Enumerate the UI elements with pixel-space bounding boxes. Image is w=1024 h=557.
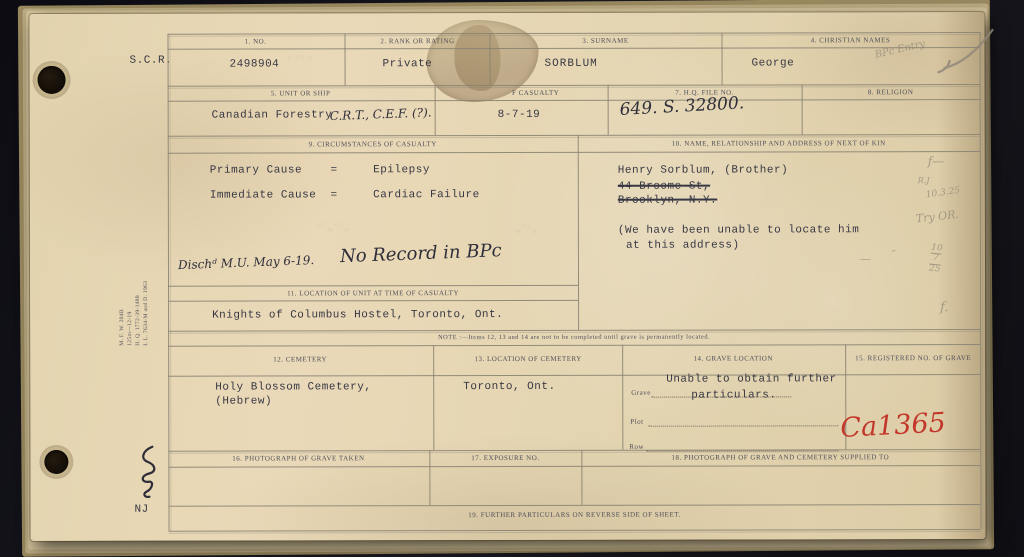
dotted-line (648, 424, 838, 426)
ink-squiggle (136, 444, 162, 502)
section-label-circumstances: 9. CIRCUMSTANCES OF CASUALTY (309, 140, 437, 148)
field-label-surname: 3. SURNAME (582, 37, 628, 45)
clerk-initials: NJ (134, 504, 148, 516)
field-label-registered-grave-no: 15. REGISTERED NO. OF GRAVE (855, 354, 971, 362)
field-label-photo-supplied: 18. PHOTOGRAPH OF GRAVE AND CEMETERY SUP… (672, 453, 890, 461)
note-line: NOTE :—Items 12, 13 and 14 are not to be… (438, 334, 710, 342)
field-label-cemetery-location: 13. LOCATION OF CEMETERY (475, 355, 582, 363)
service-number: 2498904 (230, 58, 280, 70)
nok-street-struck: 44 Broome St, (618, 181, 710, 193)
unit-handwritten-note: C.R.T., C.E.F. (?). (329, 105, 431, 123)
dotted-line (646, 449, 838, 451)
field-label-cemetery: 12. CEMETERY (273, 355, 327, 363)
christian-names-value: George (752, 57, 795, 69)
field-label-unit: 5. UNIT OR SHIP (271, 89, 331, 97)
punch-hole (38, 66, 66, 94)
field-label-photo-taken: 16. PHOTOGRAPH OF GRAVE TAKEN (232, 454, 364, 462)
rank-value: Private (383, 58, 433, 70)
discharge-handwritten-note: Dischᵈ M.U. May 6-19. (178, 253, 315, 272)
field-label-date-of-casualty: F CASUALTY (512, 89, 559, 97)
imprint-line: H. Q. 1772-39-1488 (134, 238, 142, 346)
primary-cause-line: Primary Cause = Epilepsy (210, 164, 430, 176)
nok-city-struck: Brooklyn, N.Y. (618, 195, 717, 207)
grave-sublabel: Grave (631, 389, 651, 397)
unit-value: Canadian Forestry (212, 109, 333, 121)
unit-location-value: Knights of Columbus Hostel, Toronto, Ont… (212, 309, 503, 322)
faint-stamp: ·ˑˍˑ·ˍ (318, 221, 351, 231)
form-grid: 1. NO. 2. RANK OR RATING 3. SURNAME 4. C… (167, 32, 980, 531)
nok-name: Henry Sorblum, (Brother) (618, 164, 788, 176)
section-label-next-of-kin: 10. NAME, RELATIONSHIP AND ADDRESS OF NE… (672, 139, 886, 147)
registered-grave-red-note: Ca1365 (840, 407, 947, 444)
field-label-religion: 8. RELIGION (868, 88, 914, 96)
plot-sublabel: Plot (630, 418, 643, 426)
field-label-grave-location: 14. GRAVE LOCATION (693, 354, 772, 362)
imprint-line: 125m—12-19 (126, 238, 134, 346)
grave-note-line1: Unable to obtain further (666, 373, 836, 385)
scanned-record-page: S.C.R. M. F. W. 204B 125m—12-19 H. Q. 17… (0, 0, 1024, 557)
scr-label: S.C.R. (130, 55, 173, 67)
field-label-rank: 2. RANK OR RATING (380, 37, 454, 45)
imprint-line: I. L. 7634-M and D. 1963 (142, 238, 150, 346)
section-label-unit-location: 11. LOCATION OF UNIT AT TIME OF CASUALTY (287, 289, 459, 297)
hq-file-no-value: 649. S. 32800. (619, 93, 744, 120)
nok-note-line1: (We have been unable to locate him (618, 224, 859, 237)
imprint-line: M. F. W. 204B (118, 238, 126, 346)
row-sublabel: Row (629, 443, 644, 451)
field-label-christian-names: 4. CHRISTIAN NAMES (811, 36, 891, 44)
nok-note-line2: at this address) (626, 240, 740, 252)
cemetery-line1: Holy Blossom Cemetery, (215, 381, 371, 393)
cemetery-line2: (Hebrew) (215, 395, 272, 407)
no-record-handwritten-note: No Record in BPc (340, 240, 502, 267)
punch-hole (44, 450, 68, 474)
casualty-date-value: 8-7-19 (498, 109, 541, 121)
field-label-no: 1. NO. (245, 38, 267, 46)
immediate-cause-line: Immediate Cause = Cardiac Failure (210, 189, 480, 202)
faint-stamp: ˍˑ·ˍ (516, 223, 539, 233)
form-imprint: M. F. W. 204B 125m—12-19 H. Q. 1772-39-1… (118, 238, 151, 346)
field-label-exposure-no: 17. EXPOSURE NO. (471, 454, 539, 462)
surname-value: SORBLUM (545, 58, 598, 70)
casualty-record-card: S.C.R. M. F. W. 204B 125m—12-19 H. Q. 17… (29, 12, 985, 541)
grave-note-line2: particulars. (691, 389, 776, 401)
cemetery-location-value: Toronto, Ont. (463, 381, 555, 393)
pencil-smudge: `´ˋˊ (288, 57, 314, 67)
further-particulars-line: 19. FURTHER PARTICULARS ON REVERSE SIDE … (468, 511, 681, 519)
